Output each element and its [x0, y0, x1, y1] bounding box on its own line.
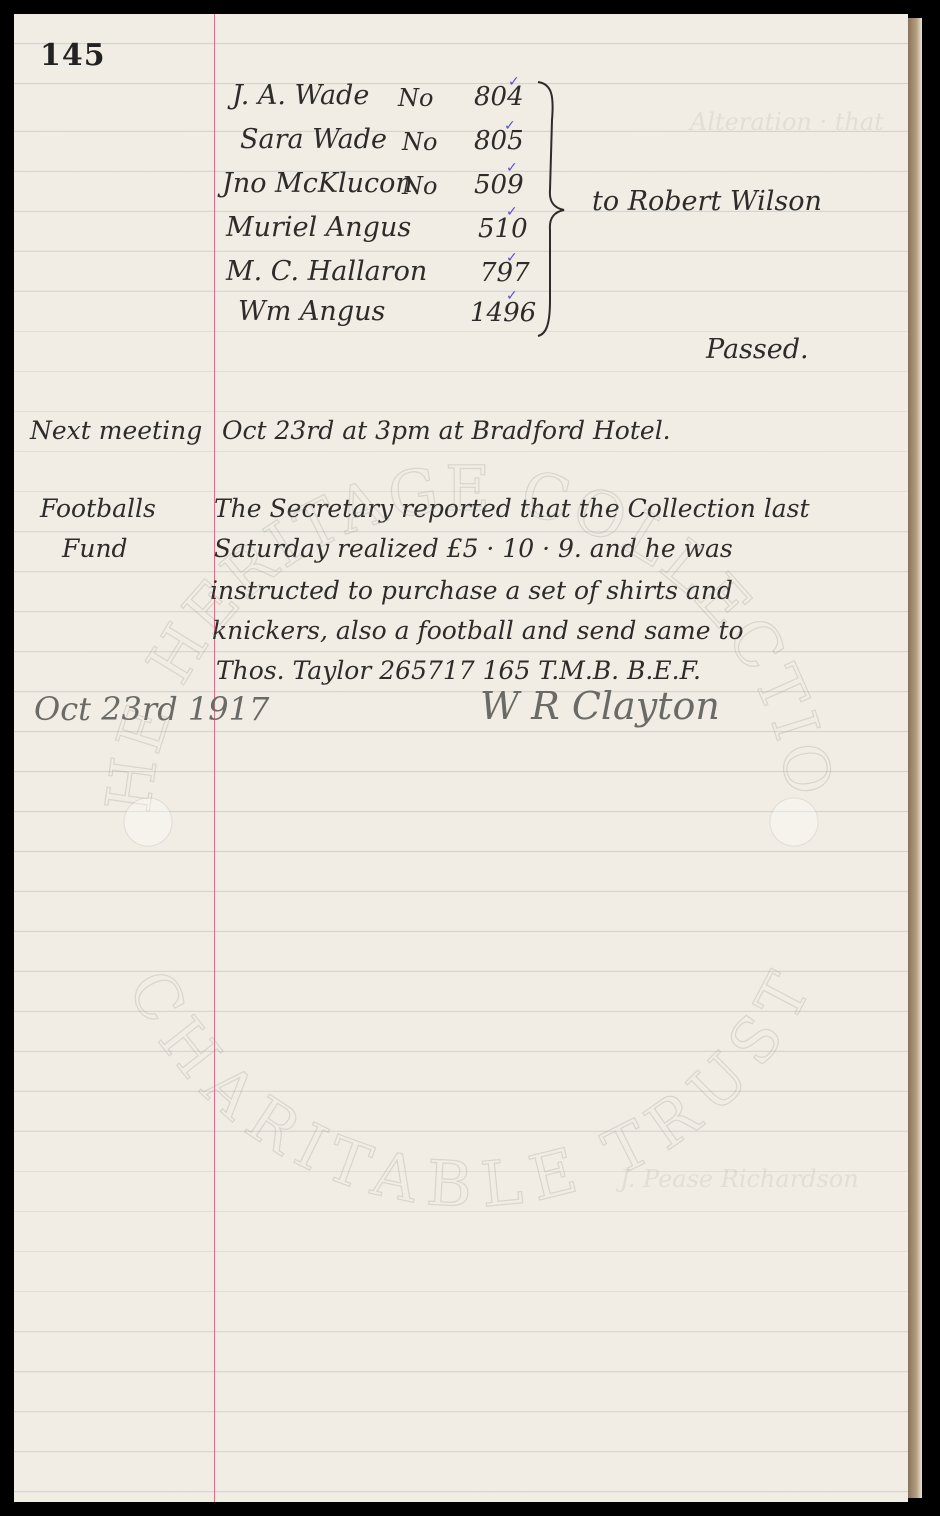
margin-line [214, 14, 215, 1502]
minute-text-line: instructed to purchase a set of shirts a… [210, 576, 733, 605]
check-tick-icon: ✓ [506, 250, 518, 266]
signoff-date: Oct 23rd 1917 [34, 690, 269, 728]
chairman-signature: W R Clayton [480, 684, 720, 728]
minute-text-line: knickers, also a football and send same … [212, 616, 744, 645]
minute-text-line: Thos. Taylor 265717 165 T.M.B. B.E.F. [216, 656, 701, 685]
bleed-through-text: Alteration · that [690, 108, 884, 136]
transfer-number: 1496 [470, 298, 536, 328]
transfer-recipient: to Robert Wilson [592, 186, 822, 217]
transfer-name: M. C. Hallaron [226, 256, 427, 287]
transfer-name: Muriel Angus [226, 212, 411, 243]
transfer-name: J. A. Wade [232, 80, 369, 111]
transfer-name: Jno McKlucon [222, 168, 413, 199]
transfer-name: Wm Angus [238, 296, 385, 327]
transfer-no-label: No [398, 84, 433, 112]
page-edge [908, 18, 922, 1498]
check-tick-icon: ✓ [506, 160, 518, 176]
page-number: 145 [40, 38, 106, 73]
minute-text-line: Saturday realized £5 · 10 · 9. and he wa… [214, 534, 733, 563]
transfer-number: 805 [474, 126, 524, 156]
next-meeting-label: Next meeting [30, 416, 202, 445]
curly-brace-icon [536, 80, 566, 338]
transfer-number: 510 [478, 214, 528, 244]
check-tick-icon: ✓ [508, 74, 520, 90]
ledger-page [14, 14, 908, 1502]
footballs-fund-label: Footballs [40, 494, 156, 523]
transfer-name: Sara Wade [240, 124, 387, 155]
motion-status: Passed. [706, 334, 809, 365]
next-meeting-text: Oct 23rd at 3pm at Bradford Hotel. [222, 416, 671, 445]
bleed-through-text: J. Pease Richardson [620, 1165, 859, 1193]
transfer-number: 797 [480, 258, 530, 288]
footballs-fund-label: Fund [62, 534, 128, 563]
check-tick-icon: ✓ [506, 204, 518, 220]
check-tick-icon: ✓ [504, 118, 516, 134]
transfer-no-label: No [402, 128, 437, 156]
check-tick-icon: ✓ [506, 288, 518, 304]
transfer-no-label: No [402, 172, 437, 200]
minute-text-line: The Secretary reported that the Collecti… [214, 494, 810, 523]
